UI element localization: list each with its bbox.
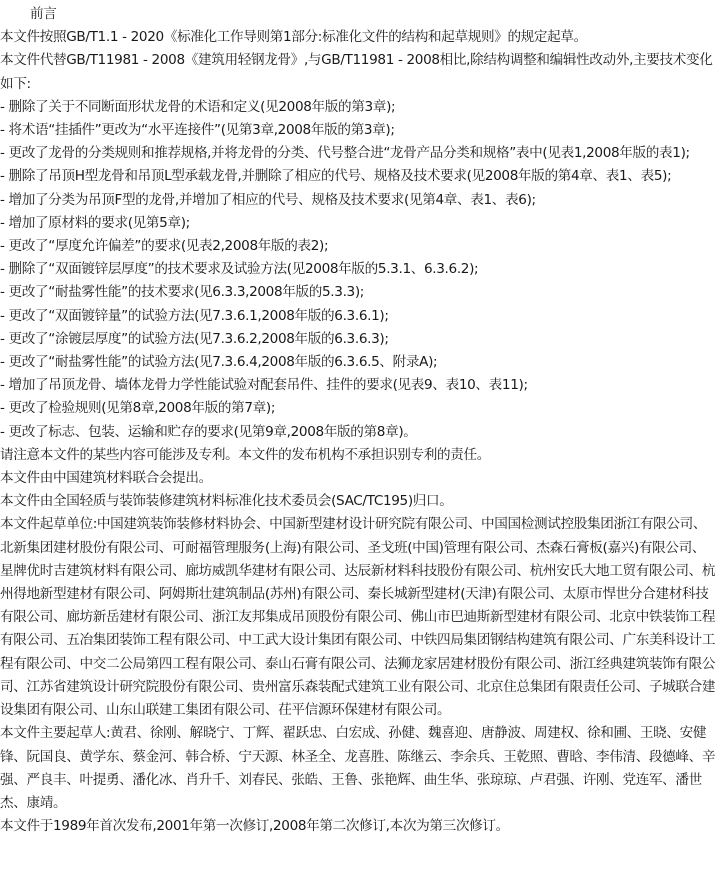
change-item: - 更改了标志、包装、运输和贮存的要求(见第9章,2008年版的第8章)。 — [0, 421, 718, 444]
changes-list: - 删除了关于不同断面形状龙骨的术语和定义(见2008年版的第3章); - 将术… — [0, 96, 718, 444]
revision-history: 本文件于1989年首次发布,2001年第一次修订,2008年第二次修订,本次为第… — [0, 815, 718, 838]
change-item: - 增加了分类为吊顶F型的龙骨,并增加了相应的代号、规格及技术要求(见第4章、表… — [0, 189, 718, 212]
document-body: 前言 本文件按照GB/T1.1 - 2020《标准化工作导则第1部分:标准化文件… — [0, 0, 718, 838]
intro-paragraph-replacement: 本文件代替GB/T11981 - 2008《建筑用轻钢龙骨》,与GB/T1198… — [0, 49, 718, 95]
change-item: - 将术语“挂插件”更改为“水平连接件”(见第3章,2008年版的第3章); — [0, 119, 718, 142]
intro-paragraph-drafting-basis: 本文件按照GB/T1.1 - 2020《标准化工作导则第1部分:标准化文件的结构… — [0, 26, 718, 49]
change-item: - 更改了“厚度允许偏差”的要求(见表2,2008年版的表2); — [0, 235, 718, 258]
notes-section: 请注意本文件的某些内容可能涉及专利。本文件的发布机构不承担识别专利的责任。 本文… — [0, 444, 718, 838]
change-item: - 更改了“耐盐雾性能”的试验方法(见7.3.6.4,2008年版的6.3.6.… — [0, 351, 718, 374]
proposer-statement: 本文件由中国建筑材料联合会提出。 — [0, 467, 718, 490]
change-item: - 删除了“双面镀锌层厚度”的技术要求及试验方法(见2008年版的5.3.1、6… — [0, 258, 718, 281]
change-item: - 更改了龙骨的分类规则和推荐规格,并将龙骨的分类、代号整合进“龙骨产品分类和规… — [0, 142, 718, 165]
document-heading: 前言 — [0, 3, 718, 26]
change-item: - 更改了“双面镀锌量”的试验方法(见7.3.6.1,2008年版的6.3.6.… — [0, 305, 718, 328]
committee-statement: 本文件由全国轻质与装饰装修建筑材料标准化技术委员会(SAC/TC195)归口。 — [0, 490, 718, 513]
intro-section: 本文件按照GB/T1.1 - 2020《标准化工作导则第1部分:标准化文件的结构… — [0, 26, 718, 96]
change-item: - 更改了“耐盐雾性能”的技术要求(见6.3.3,2008年版的5.3.3); — [0, 281, 718, 304]
change-item: - 增加了吊顶龙骨、墙体龙骨力学性能试验对配套吊件、挂件的要求(见表9、表10、… — [0, 374, 718, 397]
change-item: - 删除了关于不同断面形状龙骨的术语和定义(见2008年版的第3章); — [0, 96, 718, 119]
change-item: - 更改了“涂镀层厚度”的试验方法(见7.3.6.2,2008年版的6.3.6.… — [0, 328, 718, 351]
drafting-organizations: 本文件起草单位:中国建筑装饰装修材料协会、中国新型建材设计研究院有限公司、中国国… — [0, 513, 718, 722]
patent-notice: 请注意本文件的某些内容可能涉及专利。本文件的发布机构不承担识别专利的责任。 — [0, 444, 718, 467]
change-item: - 删除了吊顶H型龙骨和吊顶L型承载龙骨,并删除了相应的代号、规格及技术要求(见… — [0, 165, 718, 188]
change-item: - 增加了原材料的要求(见第5章); — [0, 212, 718, 235]
change-item: - 更改了检验规则(见第8章,2008年版的第7章); — [0, 397, 718, 420]
drafting-persons: 本文件主要起草人:黄君、徐刚、解晓宁、丁辉、翟跃忠、白宏成、孙健、魏喜迎、唐静波… — [0, 722, 718, 815]
